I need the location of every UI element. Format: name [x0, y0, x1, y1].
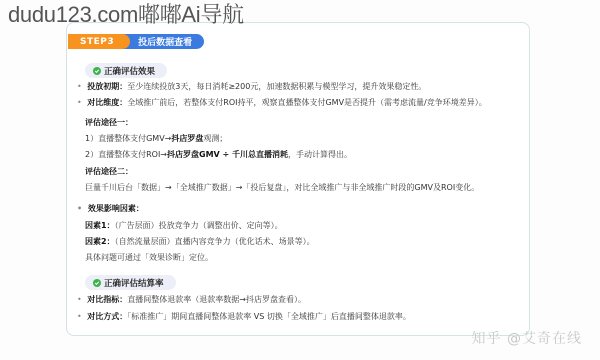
path2-title: 评估途径二： [85, 166, 133, 178]
factors-title: 效果影响因素： [77, 203, 144, 215]
section-pill-label: 正确评估效果 [104, 65, 155, 77]
step-bold: 抖店罗盘GMV ÷ 千川总直播消耗 [167, 150, 288, 159]
factors-note: 具体问题可通过「效果诊断」定位。 [85, 252, 213, 264]
item-label: 对比指标： [87, 295, 127, 304]
step-number-label: STEP3 [68, 34, 130, 49]
factor-label: 因素1： [85, 221, 115, 230]
list-item-compare-method: 对比方式：「标准推广」期间直播间整体退款率 VS 切换「全域推广」后直播间整体退… [77, 311, 411, 323]
factor-text: （广告层面）投放竞争力（调整出价、定向等）。 [115, 221, 283, 230]
step-prefix: 2）直播整体支付ROI→ [85, 150, 167, 159]
factor-text: （自然流量层面）直播内容竞争力（优化话术、场景等）。 [115, 237, 315, 246]
zhihu-watermark: 知乎 @艾奇在线 [472, 328, 582, 348]
step-suffix: ，手动计算得出。 [288, 150, 352, 159]
step-suffix: 观测； [203, 134, 227, 143]
factor-item-1: 因素1：（广告层面）投放竞争力（调整出价、定向等）。 [85, 220, 283, 232]
item-label: 对比方式： [87, 312, 127, 321]
check-circle-icon [93, 67, 101, 75]
step-title: 投后数据查看 [120, 34, 204, 49]
path1-title: 评估途径一： [85, 117, 133, 129]
step-header: STEP3 投后数据查看 [68, 34, 204, 49]
step-bold: 抖店罗盘 [171, 134, 203, 143]
section-pill-settlement: 正确评估结算率 [85, 275, 176, 290]
list-item-launch-period: 投放初期：至少连续投放3天，每日消耗≥200元，加速数据积累与模型学习，提升效果… [77, 81, 426, 93]
path1-step-2: 2）直播整体支付ROI→抖店罗盘GMV ÷ 千川总直播消耗，手动计算得出。 [85, 149, 352, 161]
factor-item-2: 因素2：（自然流量层面）直播内容竞争力（优化话术、场景等）。 [85, 236, 315, 248]
section-pill-effect: 正确评估效果 [85, 63, 167, 78]
section-pill-label: 正确评估结算率 [104, 277, 164, 289]
item-text: 全域推广前后，若整体支付ROI持平，观察直播整体支付GMV是否提升（需考虑流量/… [127, 98, 486, 107]
item-label: 投放初期： [87, 82, 127, 91]
factor-label: 因素2： [85, 237, 115, 246]
path2-text: 巨量千川后台「数据」→「全域推广数据」→「投后复盘」，对比全域推广与非全域推广时… [85, 182, 479, 194]
content-card: STEP3 投后数据查看 正确评估效果 投放初期：至少连续投放3天，每日消耗≥2… [66, 22, 530, 336]
list-item-comparison-dimension: 对比维度：全域推广前后，若整体支付ROI持平，观察直播整体支付GMV是否提升（需… [77, 97, 487, 109]
path1-step-1: 1）直播整体支付GMV→抖店罗盘观测； [85, 133, 227, 145]
step-prefix: 1）直播整体支付GMV→ [85, 134, 171, 143]
item-text: 至少连续投放3天，每日消耗≥200元，加速数据积累与模型学习，提升效果稳定性。 [127, 82, 426, 91]
item-text: 直播间整体退款率（退款率数据→抖店罗盘查看）。 [127, 295, 306, 304]
item-label: 对比维度： [87, 98, 127, 107]
list-item-compare-metric: 对比指标：直播间整体退款率（退款率数据→抖店罗盘查看）。 [77, 294, 306, 306]
factors-title-text: 效果影响因素： [88, 204, 144, 213]
site-watermark: dudu123.com嘟嘟Ai导航 [8, 4, 244, 26]
item-text: 「标准推广」期间直播间整体退款率 VS 切换「全域推广」后直播间整体退款率。 [127, 312, 411, 321]
check-circle-icon [93, 279, 101, 287]
